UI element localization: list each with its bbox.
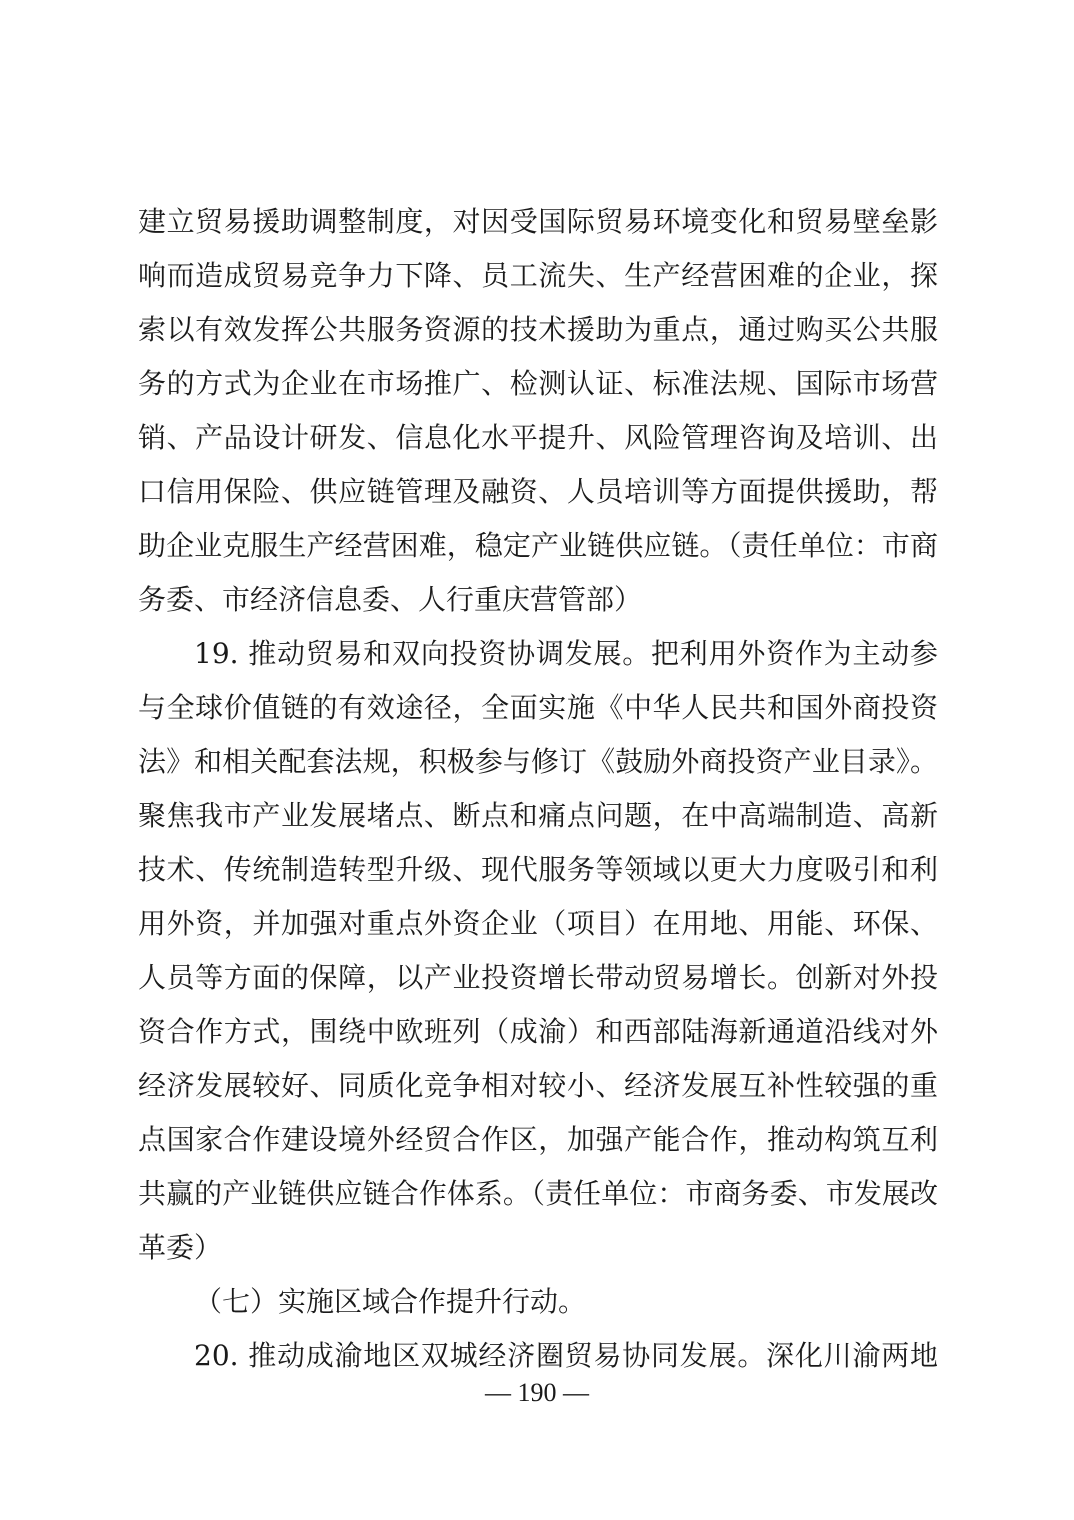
text-line: 20. 推动成渝地区双城经济圈贸易协同发展。深化川渝两地 (194, 1329, 938, 1383)
text-line: 务委、市经济信息委、人行重庆营管部） (138, 573, 938, 627)
text-line: 点国家合作建设境外经贸合作区，加强产能合作，推动构筑互利 (138, 1113, 938, 1167)
text-line: （七）实施区域合作提升行动。 (194, 1275, 938, 1329)
text-line: 销、产品设计研发、信息化水平提升、风险管理咨询及培训、出 (138, 411, 938, 465)
text-line: 用外资，并加强对重点外资企业（项目）在用地、用能、环保、 (138, 897, 938, 951)
text-line: 响而造成贸易竞争力下降、员工流失、生产经营困难的企业，探 (138, 249, 938, 303)
text-line: 资合作方式，围绕中欧班列（成渝）和西部陆海新通道沿线对外 (138, 1005, 938, 1059)
text-line: 口信用保险、供应链管理及融资、人员培训等方面提供援助，帮 (138, 465, 938, 519)
text-line: 索以有效发挥公共服务资源的技术援助为重点，通过购买公共服 (138, 303, 938, 357)
text-line: 技术、传统制造转型升级、现代服务等领域以更大力度吸引和利 (138, 843, 938, 897)
text-line: 与全球价值链的有效途径，全面实施《中华人民共和国外商投资 (138, 681, 938, 735)
text-line: 助企业克服生产经营困难，稳定产业链供应链。（责任单位：市商 (138, 519, 938, 573)
text-line: 19. 推动贸易和双向投资协调发展。把利用外资作为主动参 (194, 627, 938, 681)
text-line: 务的方式为企业在市场推广、检测认证、标准法规、国际市场营 (138, 357, 938, 411)
text-line: 经济发展较好、同质化竞争相对较小、经济发展互补性较强的重 (138, 1059, 938, 1113)
text-line: 革委） (138, 1221, 938, 1275)
page-number: — 190 — (0, 1378, 1074, 1408)
text-line: 法》和相关配套法规，积极参与修订《鼓励外商投资产业目录》。 (138, 735, 938, 789)
text-line: 建立贸易援助调整制度，对因受国际贸易环境变化和贸易壁垒影 (138, 195, 938, 249)
text-line: 共赢的产业链供应链合作体系。（责任单位：市商务委、市发展改 (138, 1167, 938, 1221)
document-page: 建立贸易援助调整制度，对因受国际贸易环境变化和贸易壁垒影响而造成贸易竞争力下降、… (0, 0, 1074, 1520)
text-line: 聚焦我市产业发展堵点、断点和痛点问题，在中高端制造、高新 (138, 789, 938, 843)
text-line: 人员等方面的保障，以产业投资增长带动贸易增长。创新对外投 (138, 951, 938, 1005)
